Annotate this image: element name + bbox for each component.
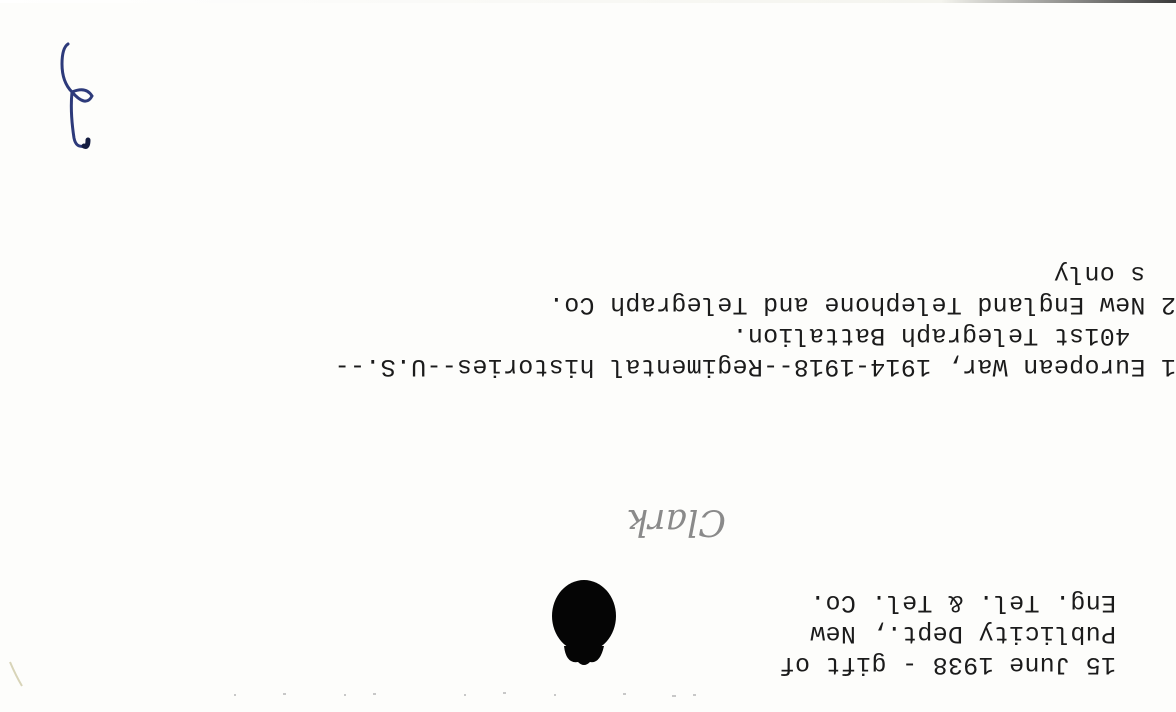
paper-specks bbox=[196, 684, 706, 704]
acquisition-line: Publicity Dept., New bbox=[779, 618, 1116, 649]
pencil-stroke bbox=[6, 652, 26, 692]
punch-hole-icon bbox=[548, 576, 620, 672]
card-content-rotated: 15 June 1938 - gift ofPublicity Dept., N… bbox=[0, 0, 1176, 712]
tracing-line: 401st Telegraph Battalion. bbox=[334, 320, 1176, 351]
catalog-card: 15 June 1938 - gift ofPublicity Dept., N… bbox=[0, 0, 1176, 712]
handwritten-note: Clark bbox=[626, 501, 726, 542]
acquisition-line: 15 June 1938 - gift of bbox=[779, 649, 1116, 680]
acquisition-note: 15 June 1938 - gift ofPublicity Dept., N… bbox=[779, 587, 1116, 680]
tracing-line: 1 European War, 1914-1918--Regimental hi… bbox=[334, 351, 1176, 382]
acquisition-line: Eng. Tel. & Tel. Co. bbox=[779, 587, 1116, 618]
tracing-line: 2 New England Telephone and Telegraph Co… bbox=[334, 289, 1176, 320]
ink-hook-mark-icon bbox=[46, 42, 106, 152]
subject-tracings: 1 European War, 1914-1918--Regimental hi… bbox=[334, 258, 1176, 382]
tracing-line: s only bbox=[334, 258, 1176, 289]
